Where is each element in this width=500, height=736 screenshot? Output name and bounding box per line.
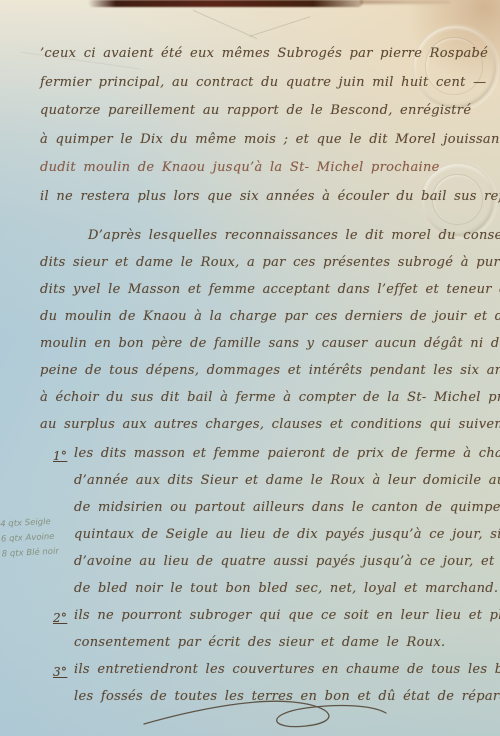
manuscript-line: quatorze pareillement au rapport de le B… [40, 97, 492, 126]
pencil-margin-note: 4 qtx Seigle 6 qtx Avoine 8 qtx Blé noir [0, 514, 62, 562]
clause-number: 3° [53, 659, 67, 686]
manuscript-line: dudit moulin de Knaou jusqu’à la St- Mic… [40, 154, 492, 183]
manuscript-page-photo: ’ceux ci avaient été eux mêmes Subrogés … [0, 0, 500, 736]
manuscript-line: les dits masson et femme paieront de pri… [74, 440, 494, 467]
manuscript-line: moulin en bon père de famille sans y cau… [40, 330, 492, 357]
manuscript-line: ils ne pourront subroger qui que ce soit… [74, 602, 494, 629]
manuscript-line: ils entretiendront les couvertures en ch… [74, 656, 494, 683]
manuscript-line: du moulin de Knaou à la charge par ces d… [40, 303, 492, 330]
manuscript-line: quintaux de Seigle au lieu de dix payés … [74, 521, 494, 548]
binding-edge-band [88, 0, 363, 7]
clause-1: 1° les dits masson et femme paieront de … [0, 440, 500, 602]
clause-2: 2° ils ne pourront subroger qui que ce s… [0, 602, 500, 656]
binding-edge-fade [360, 0, 450, 4]
manuscript-line: au surplus aux autres charges, clauses e… [40, 411, 492, 438]
manuscript-line: peine de tous dépens, dommages et intérê… [40, 357, 492, 384]
margin-note-line: 8 qtx Blé noir [1, 544, 62, 562]
manuscript-line: fermier principal, au contract du quatre… [40, 69, 492, 98]
manuscript-line: d’année aux dits Sieur et dame le Roux à… [74, 467, 494, 494]
clause-number: 1° [53, 443, 67, 470]
manuscript-line: de midsirien ou partout ailleurs dans le… [74, 494, 494, 521]
subrogation-paragraph: D’après lesquelles reconnaissances le di… [0, 222, 500, 438]
manuscript-line: de bled noir le tout bon bled sec, net, … [74, 575, 494, 602]
manuscript-line: consentement par écrit des sieur et dame… [74, 629, 494, 656]
opening-paragraph: ’ceux ci avaient été eux mêmes Subrogés … [0, 40, 500, 211]
manuscript-line: dits yvel le Masson et femme acceptant d… [40, 276, 492, 303]
clause-number: 2° [53, 605, 67, 632]
manuscript-line: D’après lesquelles reconnaissances le di… [40, 222, 492, 249]
paper-crease [193, 10, 257, 39]
manuscript-line: à quimper le Dix du même mois ; et que l… [40, 126, 492, 155]
manuscript-line: dits sieur et dame le Roux, a par ces pr… [40, 249, 492, 276]
manuscript-text: ’ceux ci avaient été eux mêmes Subrogés … [0, 40, 500, 710]
manuscript-line: il ne restera plus lors que six années à… [40, 183, 492, 212]
flourish-paraph-icon [138, 692, 392, 732]
manuscript-line: d’avoine au lieu de quatre aussi payés j… [74, 548, 494, 575]
paper-crease [249, 16, 310, 37]
manuscript-line: à échoir du sus dit bail à ferme à compt… [40, 384, 492, 411]
manuscript-line: ’ceux ci avaient été eux mêmes Subrogés … [40, 40, 492, 69]
